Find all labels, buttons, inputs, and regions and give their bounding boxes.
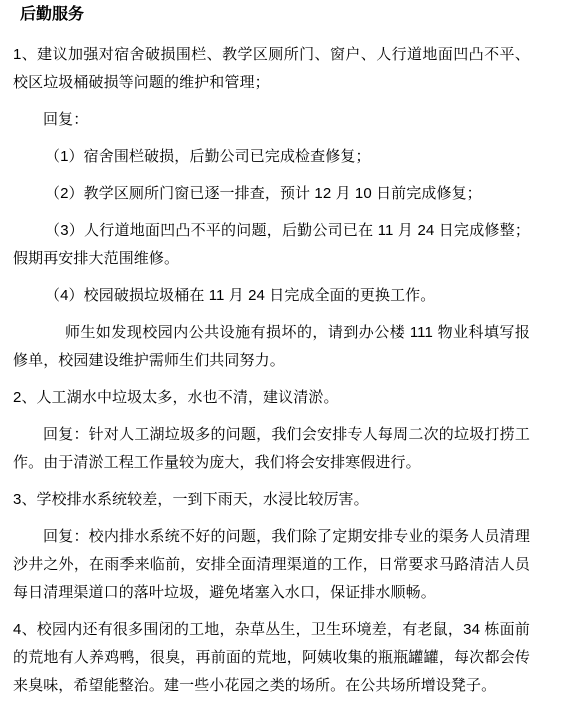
reply-2-paragraph: 回复：针对人工湖垃圾多的问题，我们会安排专人每周二次的垃圾打捞工作。由于清淤工程… [13, 421, 530, 477]
document-page: 后勤服务 1、建议加强对宿舍破损围栏、教学区厕所门、窗户、人行道地面凹凸不平、校… [0, 0, 582, 700]
reply-1-item-4: （4）校园破损垃圾桶在 11 月 24 日完成全面的更换工作。 [13, 282, 530, 310]
question-4-paragraph: 4、校园内还有很多围闭的工地，杂草丛生，卫生环境差，有老鼠，34 栋面前的荒地有… [13, 616, 530, 700]
reply-1-note: 师生如发现校园内公共设施有损坏的，请到办公楼 111 物业科填写报修单，校园建设… [13, 319, 530, 375]
question-2-paragraph: 2、人工湖水中垃圾太多，水也不清，建议清淤。 [13, 384, 530, 412]
question-1-paragraph: 1、建议加强对宿舍破损围栏、教学区厕所门、窗户、人行道地面凹凸不平、校区垃圾桶破… [13, 41, 530, 97]
page-title: 后勤服务 [20, 3, 530, 26]
reply-1-item-3: （3）人行道地面凹凸不平的问题，后勤公司已在 11 月 24 日完成修整；假期再… [13, 217, 530, 273]
reply-1-label: 回复： [13, 106, 530, 134]
reply-1-item-1: （1）宿舍围栏破损，后勤公司已完成检查修复； [13, 143, 530, 171]
reply-3-paragraph: 回复：校内排水系统不好的问题，我们除了定期安排专业的渠务人员清理沙井之外，在雨季… [13, 523, 530, 607]
reply-1-item-2: （2）教学区厕所门窗已逐一排查，预计 12 月 10 日前完成修复； [13, 180, 530, 208]
question-3-paragraph: 3、学校排水系统较差，一到下雨天，水浸比较厉害。 [13, 486, 530, 514]
